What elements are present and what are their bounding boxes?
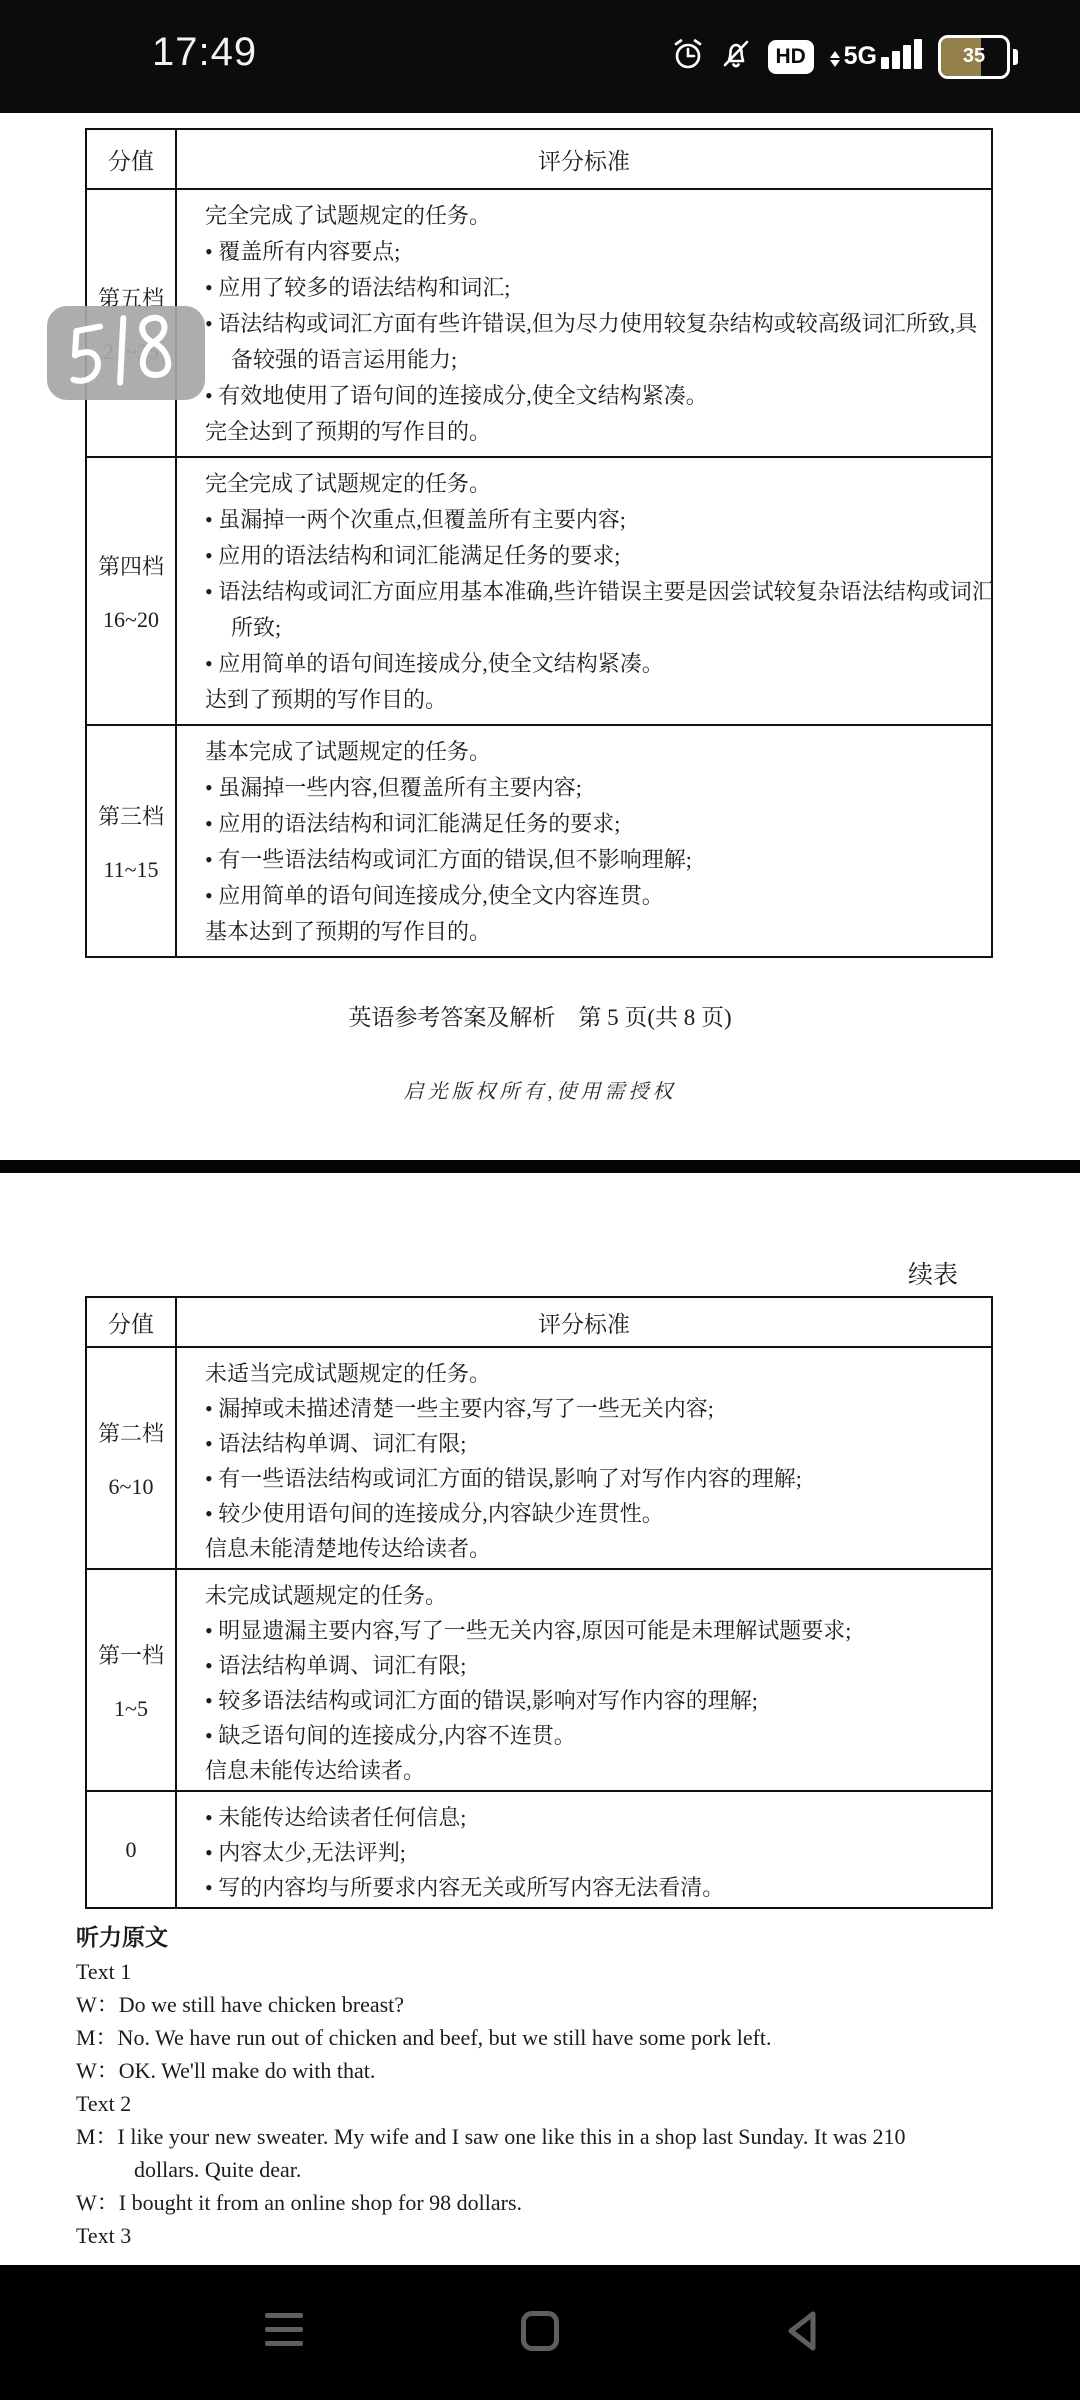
phone-screen: 17:49 (0, 0, 1080, 2400)
criteria-line: • 语法结构或词汇方面有些许错误,但为尽力使用较复杂结构或较高级词汇所致,具 (205, 306, 985, 342)
android-nav-bar (0, 2265, 1080, 2400)
criteria-line: 完全达到了预期的写作目的。 (205, 414, 985, 450)
header-score-column: 分值 (87, 130, 177, 188)
continued-table-label: 续表 (908, 1255, 958, 1291)
hd-badge: HD (768, 40, 814, 74)
criteria-line: • 有一些语法结构或词汇方面的错误,但不影响理解; (205, 842, 985, 878)
criteria-line: • 覆盖所有内容要点; (205, 234, 985, 270)
score-range: 1~5 (114, 1696, 148, 1722)
transcript-line: Text 3 (76, 2219, 1026, 2252)
alarm-icon (672, 37, 704, 76)
score-range: 16~20 (103, 607, 159, 633)
tier-label: 0 (126, 1837, 137, 1863)
table-row-tier4: 第四档 16~20 完全完成了试题规定的任务。 • 虽漏掉一两个次重点,但覆盖所… (87, 456, 991, 724)
battery-percent: 35 (941, 45, 1007, 68)
home-button[interactable] (521, 2311, 559, 2351)
document-page-5: 分值 评分标准 第五档 21~25 完全完成了试题规定的任务。 • 覆盖所有内容… (0, 113, 1080, 1160)
criteria-line: • 应用的语法结构和词汇能满足任务的要求; (205, 538, 985, 574)
criteria-line: 完全完成了试题规定的任务。 (205, 466, 985, 502)
handwritten-518 (59, 310, 193, 396)
table-header-row: 分值 评分标准 (87, 130, 991, 188)
transcript-line: dollars. Quite dear. (76, 2153, 1026, 2186)
criteria-line: 基本完成了试题规定的任务。 (205, 734, 985, 770)
criteria-line: • 应用简单的语句间连接成分,使全文结构紧凑。 (205, 646, 985, 682)
data-arrows-icon (830, 51, 840, 67)
criteria-line: • 未能传达给读者任何信息; (205, 1800, 985, 1835)
criteria-line: 未适当完成试题规定的任务。 (205, 1356, 985, 1391)
criteria-line: • 内容太少,无法评判; (205, 1835, 985, 1870)
tier-label: 第二档 (98, 1417, 164, 1448)
header-criteria-column: 评分标准 (177, 130, 991, 188)
criteria-line: • 应用的语法结构和词汇能满足任务的要求; (205, 806, 985, 842)
back-button[interactable] (783, 2309, 821, 2358)
score-range: 11~15 (103, 857, 158, 883)
criteria-line: • 语法结构单调、词汇有限; (205, 1426, 985, 1461)
criteria-line: 备较强的语言运用能力; (205, 342, 985, 378)
battery-nub (1013, 49, 1018, 65)
transcript-line: W：Do we still have chicken breast? (76, 1988, 1026, 2021)
signal-bars-icon (881, 39, 922, 69)
criteria-cell: 基本完成了试题规定的任务。 • 虽漏掉一些内容,但覆盖所有主要内容; • 应用的… (177, 726, 991, 956)
criteria-line: 完全完成了试题规定的任务。 (205, 198, 985, 234)
clock-time: 17:49 (152, 30, 257, 75)
table-row-tier1: 第一档 1~5 未完成试题规定的任务。 • 明显遗漏主要内容,写了一些无关内容,… (87, 1568, 991, 1790)
score-cell: 第二档 6~10 (87, 1348, 177, 1568)
transcript-line: Text 2 (76, 2087, 1026, 2120)
criteria-line: • 应用简单的语句间连接成分,使全文内容连贯。 (205, 878, 985, 914)
criteria-line: • 语法结构单调、词汇有限; (205, 1648, 985, 1683)
criteria-line: • 有效地使用了语句间的连接成分,使全文结构紧凑。 (205, 378, 985, 414)
battery-body: 35 (938, 35, 1010, 79)
criteria-cell: 未适当完成试题规定的任务。 • 漏掉或未描述清楚一些主要内容,写了一些无关内容;… (177, 1348, 991, 1568)
criteria-line: • 较少使用语句间的连接成分,内容缺少连贯性。 (205, 1496, 985, 1531)
status-icons: HD 5G 35 (672, 0, 1018, 113)
score-cell: 0 (87, 1792, 177, 1907)
listening-transcript: 听力原文 Text 1 W：Do we still have chicken b… (76, 1921, 1026, 2252)
network-5g-icon: 5G (830, 39, 922, 75)
criteria-line: • 虽漏掉一些内容,但覆盖所有主要内容; (205, 770, 985, 806)
criteria-line: • 漏掉或未描述清楚一些主要内容,写了一些无关内容; (205, 1391, 985, 1426)
back-triangle-icon (783, 2309, 821, 2353)
notification-muted-icon (720, 37, 752, 76)
header-score-column: 分值 (87, 1298, 177, 1346)
score-cell: 第四档 16~20 (87, 458, 177, 724)
criteria-line: • 虽漏掉一两个次重点,但覆盖所有主要内容; (205, 502, 985, 538)
criteria-line: • 写的内容均与所要求内容无关或所写内容无法看清。 (205, 1870, 985, 1905)
scoring-rubric-table-1: 分值 评分标准 第五档 21~25 完全完成了试题规定的任务。 • 覆盖所有内容… (85, 128, 993, 958)
score-cell: 第一档 1~5 (87, 1570, 177, 1790)
criteria-line: • 明显遗漏主要内容,写了一些无关内容,原因可能是未理解试题要求; (205, 1613, 985, 1648)
criteria-cell: 完全完成了试题规定的任务。 • 虽漏掉一两个次重点,但覆盖所有主要内容; • 应… (177, 458, 991, 724)
criteria-cell: • 未能传达给读者任何信息; • 内容太少,无法评判; • 写的内容均与所要求内… (177, 1792, 991, 1907)
criteria-line: • 语法结构或词汇方面应用基本准确,些许错误主要是因尝试较复杂语法结构或词汇 (205, 574, 985, 610)
table-header-row: 分值 评分标准 (87, 1298, 991, 1346)
scoring-rubric-table-2: 分值 评分标准 第二档 6~10 未适当完成试题规定的任务。 • 漏掉或未描述清… (85, 1296, 993, 1909)
criteria-line: 信息未能清楚地传达给读者。 (205, 1531, 985, 1566)
table-row-tier2: 第二档 6~10 未适当完成试题规定的任务。 • 漏掉或未描述清楚一些主要内容,… (87, 1346, 991, 1568)
gray-sticker-overlay (47, 306, 205, 400)
criteria-line: • 缺乏语句间的连接成分,内容不连贯。 (205, 1718, 985, 1753)
network-type-label: 5G (844, 44, 877, 69)
criteria-line: 基本达到了预期的写作目的。 (205, 914, 985, 950)
transcript-heading: 听力原文 (76, 1921, 1026, 1955)
criteria-line: 所致; (205, 610, 985, 646)
criteria-cell: 完全完成了试题规定的任务。 • 覆盖所有内容要点; • 应用了较多的语法结构和词… (177, 190, 991, 456)
criteria-line: • 有一些语法结构或词汇方面的错误,影响了对写作内容的理解; (205, 1461, 985, 1496)
table-row-zero: 0 • 未能传达给读者任何信息; • 内容太少,无法评判; • 写的内容均与所要… (87, 1790, 991, 1907)
transcript-line: M：No. We have run out of chicken and bee… (76, 2021, 1026, 2054)
transcript-line: Text 1 (76, 1955, 1026, 1988)
table-row-tier5: 第五档 21~25 完全完成了试题规定的任务。 • 覆盖所有内容要点; • 应用… (87, 188, 991, 456)
criteria-line: 未完成试题规定的任务。 (205, 1578, 985, 1613)
document-page-6: 续表 分值 评分标准 第二档 6~10 未适当完成试题规定的任务。 • 漏掉或未… (0, 1173, 1080, 2265)
tier-label: 第三档 (98, 800, 164, 831)
status-bar: 17:49 (0, 0, 1080, 113)
tier-label: 第一档 (98, 1639, 164, 1670)
page-footer: 英语参考答案及解析 第 5 页(共 8 页) (0, 999, 1080, 1032)
copyright-line: 启光版权所有,使用需授权 (0, 1075, 1080, 1104)
transcript-line: W：OK. We'll make do with that. (76, 2054, 1026, 2087)
score-range: 6~10 (109, 1474, 154, 1500)
menu-button[interactable] (265, 2313, 303, 2346)
tier-label: 第四档 (98, 550, 164, 581)
criteria-line: 达到了预期的写作目的。 (205, 682, 985, 718)
criteria-cell: 未完成试题规定的任务。 • 明显遗漏主要内容,写了一些无关内容,原因可能是未理解… (177, 1570, 991, 1790)
criteria-line: 信息未能传达给读者。 (205, 1753, 985, 1788)
criteria-line: • 应用了较多的语法结构和词汇; (205, 270, 985, 306)
table-row-tier3: 第三档 11~15 基本完成了试题规定的任务。 • 虽漏掉一些内容,但覆盖所有主… (87, 724, 991, 956)
criteria-line: • 较多语法结构或词汇方面的错误,影响对写作内容的理解; (205, 1683, 985, 1718)
header-criteria-column: 评分标准 (177, 1298, 991, 1346)
battery-icon: 35 (938, 35, 1018, 79)
transcript-line: M：I like your new sweater. My wife and I… (76, 2120, 1026, 2153)
score-cell: 第三档 11~15 (87, 726, 177, 956)
transcript-line: W：I bought it from an online shop for 98… (76, 2186, 1026, 2219)
